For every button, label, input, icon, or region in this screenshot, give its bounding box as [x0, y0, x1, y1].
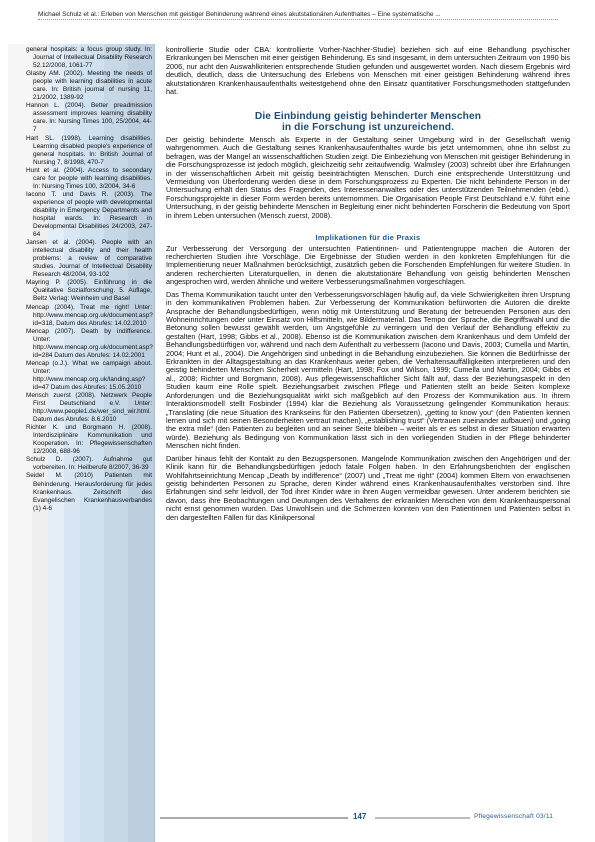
- pull-quote: Die Einbindung geistig behinderter Mensc…: [166, 111, 570, 133]
- reference-item: Glasby AM. (2002). Meeting the needs of …: [26, 70, 152, 102]
- reference-item: Schulz D. (2007). Aufnahme gut vorbereit…: [26, 456, 152, 472]
- reference-item: Hart SL. (1998). Learning disabilities. …: [26, 135, 152, 167]
- pull-quote-line: in die Forschung ist unzureichend.: [166, 122, 570, 133]
- page-footer: 147 Pflegewissenschaft 03/11: [160, 812, 580, 824]
- reference-item: Mensch zuerst (2008). Netzwerk People Fi…: [26, 392, 152, 424]
- reference-item: Hannon L. (2004). Better preadmission as…: [26, 102, 152, 134]
- section-heading: Implikationen für die Praxis: [166, 234, 570, 242]
- body-paragraph: Der geistig behinderte Mensch als Expert…: [166, 136, 570, 220]
- reference-item: Mencap (2007). Death by indifference. Un…: [26, 328, 152, 360]
- reference-list: general hospitals: a focus group study. …: [26, 46, 152, 513]
- main-text-column: kontrollierte Studie oder CBA: kontrolli…: [166, 46, 570, 522]
- pull-quote-line: Die Einbindung geistig behinderter Mensc…: [166, 111, 570, 122]
- reference-item: Iacono T. und Davis R. (2003). The exper…: [26, 191, 152, 239]
- footer-rule: [160, 817, 348, 819]
- body-paragraph: Zur Verbesserung der Versorgung der unte…: [166, 245, 570, 287]
- body-paragraph: Das Thema Kommunikation taucht unter den…: [166, 291, 570, 451]
- reference-item: general hospitals: a focus group study. …: [26, 46, 152, 70]
- body-paragraph: kontrollierte Studie oder CBA: kontrolli…: [166, 46, 570, 97]
- reference-item: Jansen et al. (2004). People with an int…: [26, 239, 152, 279]
- reference-item: Mencap (2004). Treat me right! Unter: ht…: [26, 304, 152, 328]
- reference-item: Mayring P. (2005). Einführung in die Qua…: [26, 279, 152, 303]
- body-paragraph: Darüber hinaus fehlt der Kontakt zu den …: [166, 455, 570, 522]
- reference-item: Hunt et al. (2004). Access to secondary …: [26, 167, 152, 191]
- reference-item: Seidel M. (2010) Patienten mit Behinderu…: [26, 472, 152, 512]
- reference-item: Mencap (o.J.). What we campaign about. U…: [26, 360, 152, 392]
- running-head: Michael Schulz et al.: Erleben von Mensc…: [38, 11, 558, 20]
- footer-rule: [375, 817, 470, 819]
- journal-name: Pflegewissenschaft 03/11: [474, 813, 553, 820]
- reference-item: Richter K. und Borgmann H. (2008). Inter…: [26, 424, 152, 456]
- page-number: 147: [353, 812, 366, 821]
